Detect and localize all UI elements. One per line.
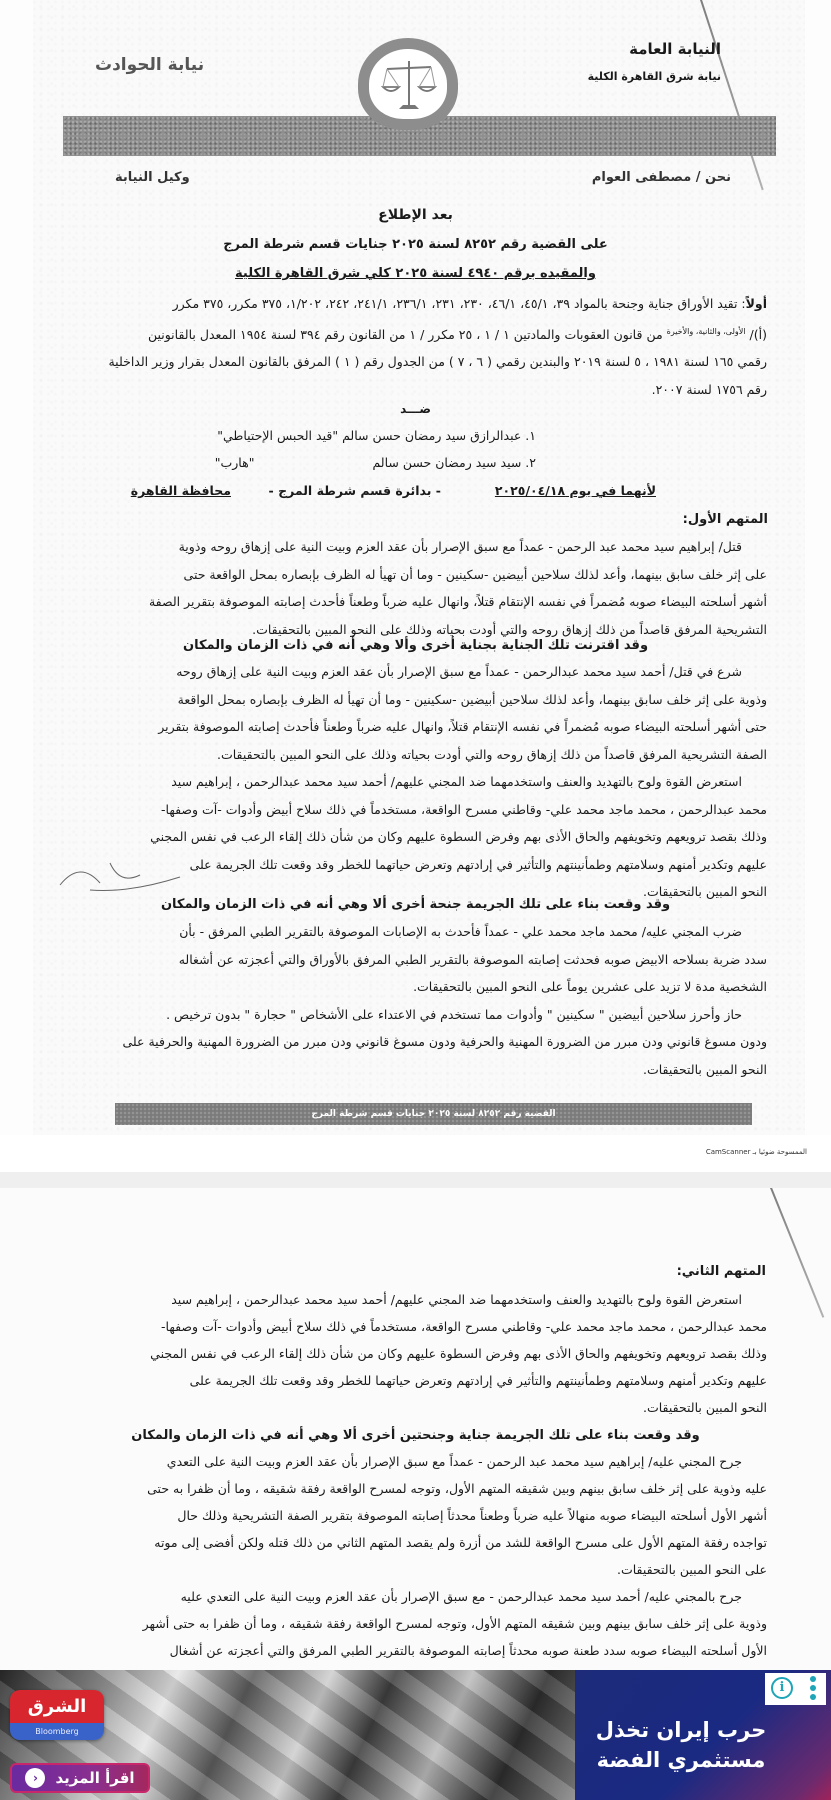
more-options-icon[interactable] [810, 1676, 816, 1703]
assault-charge: ضرب المجني عليه/ محمد ماجد محمد علي - عم… [55, 918, 767, 1083]
header-org-left: نيابة الحوادث [95, 55, 204, 75]
felony-two-misdemeanors-heading: وقد وقعت بناء على تلك الجريمة جناية وجنح… [0, 1428, 831, 1443]
page-separator [0, 1172, 831, 1188]
prosecutor-name: نحن / مصطفى العوام [592, 170, 731, 185]
against-label: ضـــد [0, 402, 831, 416]
first-accused-heading: المتهم الأول: [683, 512, 768, 527]
ad-controls: i [765, 1673, 826, 1705]
joined-felony-heading: وقد اقترنت تلك الجناية بجناية أخرى وألا … [0, 638, 831, 653]
second-accused-force-charge: استعرض القوة ولوح بالتهديد والعنف واستخد… [55, 1286, 767, 1421]
charges-articles-clause: أولاً: تقيد الأوراق جناية وجنحة بالمواد … [55, 290, 767, 403]
registration-title: والمقيده برقم ٤٩٤٠ لسنة ٢٠٢٥ كلي شرق الق… [0, 266, 831, 281]
first-accused-charge: قتل/ إبراهيم سيد محمد عبد الرحمن - عمداً… [55, 533, 767, 643]
ad-brand-logo: الشرق Bloomberg [10, 1690, 104, 1740]
info-icon[interactable]: i [771, 1677, 793, 1699]
case-number-title: على القضية رقم ٨٢٥٢ لسنة ٢٠٢٥ جنايات قسم… [0, 237, 831, 252]
org-name: النيابة العامة [588, 40, 721, 58]
org-sub-name: نيابة شرق القاهرة الكلية [588, 70, 721, 83]
scales-of-justice-icon [358, 38, 458, 130]
accused-item: ٢. سيد سيد رمضان حسن سالم "هارب" [215, 455, 536, 470]
paper-fold-mark [770, 1188, 824, 1318]
misdemeanor-heading: وقد وقعت بناء على تلك الجريمة جنحة أخرى … [0, 897, 831, 912]
scanned-page-2: المتهم الثاني: استعرض القوة ولوح بالتهدي… [0, 1188, 831, 1670]
footer-case-band: القضية رقم ٨٢٥٢ لسنة ٢٠٢٥ جنايات قسم شرط… [115, 1103, 752, 1125]
incident-date: لأنهما في يوم ٢٠٢٥/٠٤/١٨ [495, 483, 656, 498]
clause-label: أولاً [746, 296, 767, 311]
incident-governorate: محافظة القاهرة [131, 483, 231, 498]
signature-scribble [50, 855, 190, 895]
chevron-left-icon: ‹ [25, 1768, 45, 1788]
second-accused-heading: المتهم الثاني: [677, 1264, 766, 1279]
accused-item: ١. عبدالرازق سيد رمضان حسن سالم "قيد الح… [217, 428, 536, 443]
incident-place: - بدائرة قسم شرطة المرج - [269, 483, 441, 498]
ad-headline: حرب إيران تخذل مستثمري الفضة [581, 1715, 781, 1775]
ad-banner[interactable]: حرب إيران تخذل مستثمري الفضة i الشرق Blo… [0, 1670, 831, 1800]
after-review-title: بعد الإطلاع [0, 207, 831, 223]
camscanner-watermark: الممسوحة ضوئيا بـ CamScanner [706, 1148, 807, 1156]
read-more-button[interactable]: اقرأ المزيد ‹ [10, 1763, 150, 1793]
scanned-page-1: النيابة العامة نيابة شرق القاهرة الكلية … [0, 0, 831, 1135]
header-org-right: النيابة العامة نيابة شرق القاهرة الكلية [588, 40, 721, 83]
wound-charges: جرح المجني عليه/ إبراهيم سيد محمد عبد ال… [55, 1448, 767, 1664]
prosecutor-title: وكيل النيابة [115, 170, 190, 185]
